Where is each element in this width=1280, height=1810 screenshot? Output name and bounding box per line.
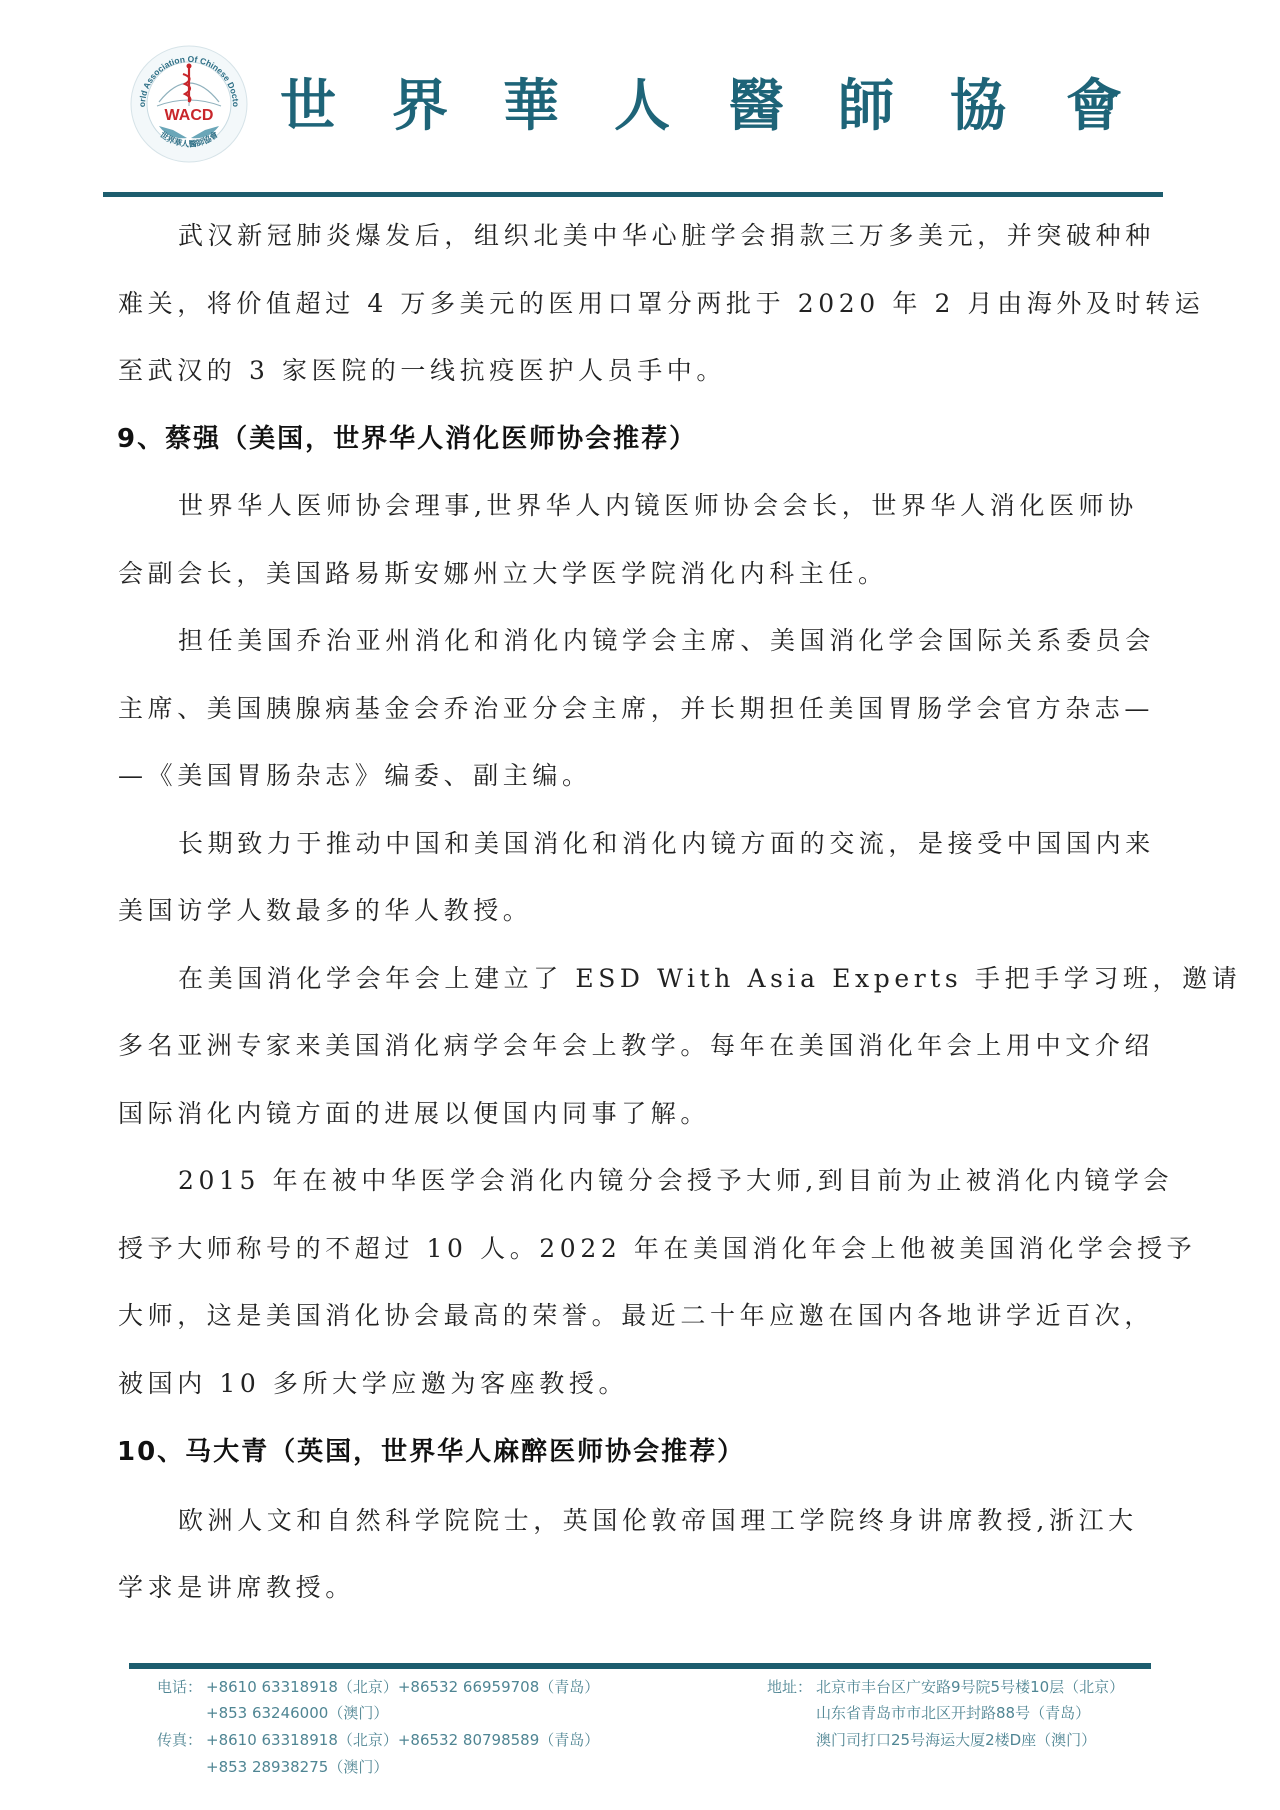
paragraph-line: 学求是讲席教授。 xyxy=(118,1571,355,1605)
phone-label: 电话： xyxy=(157,1677,202,1697)
section-heading-9: 9、蔡强（美国，世界华人消化医师协会推荐） xyxy=(117,422,697,456)
paragraph-line: 在美国消化学会年会上建立了 ESD With Asia Experts 手把手学… xyxy=(178,962,1241,996)
wacd-logo-icon: WACD World Association Of Chinese Doctor… xyxy=(129,44,249,164)
paragraph-line: 国际消化内镜方面的进展以便国内同事了解。 xyxy=(118,1097,710,1131)
title-char: 界 xyxy=(392,74,448,140)
paragraph-line: 授予大师称号的不超过 10 人。2022 年在美国消化年会上他被美国消化学会授予 xyxy=(118,1232,1196,1266)
paragraph-line: 被国内 10 多所大学应邀为客座教授。 xyxy=(118,1367,628,1401)
paragraph-line: 难关，将价值超过 4 万多美元的医用口罩分两批于 2020 年 2 月由海外及时… xyxy=(118,287,1204,321)
paragraph-line: 担任美国乔治亚州消化和消化内镜学会主席、美国消化学会国际关系委员会 xyxy=(178,624,1155,658)
phone-numbers: +853 63246000（澳门） xyxy=(206,1703,388,1723)
paragraph-line: 主席、美国胰腺病基金会乔治亚分会主席，并长期担任美国胃肠学会官方杂志— xyxy=(118,692,1154,726)
paragraph-line: 武汉新冠肺炎爆发后，组织北美中华心脏学会捐款三万多美元，并突破种种 xyxy=(178,219,1155,253)
title-char: 會 xyxy=(1066,74,1122,140)
paragraph-line: 2015 年在被中华医学会消化内镜分会授予大师,到目前为止被消化内镜学会 xyxy=(178,1164,1173,1198)
title-char: 人 xyxy=(614,74,670,140)
title-char: 華 xyxy=(503,74,559,140)
fax-label: 传真： xyxy=(157,1730,202,1750)
section-heading-10: 10、马大青（英国，世界华人麻醉医师协会推荐） xyxy=(117,1435,745,1469)
paragraph-line: 世界华人医师协会理事,世界华人内镜医师协会会长，世界华人消化医师协 xyxy=(178,489,1138,523)
footer-divider xyxy=(129,1663,1151,1669)
title-char: 協 xyxy=(950,74,1006,140)
address-line: 澳门司打口25号海运大厦2楼D座（澳门） xyxy=(816,1730,1096,1750)
paragraph-line: 大师，这是美国消化协会最高的荣誉。最近二十年应邀在国内各地讲学近百次， xyxy=(118,1299,1154,1333)
title-char: 師 xyxy=(838,74,894,140)
address-label: 地址： xyxy=(767,1677,812,1697)
svg-text:WACD: WACD xyxy=(165,107,214,124)
paragraph-line: —《美国胃肠杂志》编委、副主编。 xyxy=(118,759,592,793)
paragraph-line: 美国访学人数最多的华人教授。 xyxy=(118,894,532,928)
paragraph-line: 多名亚洲专家来美国消化病学会年会上教学。每年在美国消化年会上用中文介绍 xyxy=(118,1029,1154,1063)
paragraph-line: 至武汉的 3 家医院的一线抗疫医护人员手中。 xyxy=(118,354,726,388)
paragraph-line: 会副会长，美国路易斯安娜州立大学医学院消化内科主任。 xyxy=(118,557,888,591)
address-line: 山东省青岛市市北区开封路88号（青岛） xyxy=(816,1703,1090,1723)
paragraph-line: 长期致力于推动中国和美国消化和消化内镜方面的交流，是接受中国国内来 xyxy=(178,827,1155,861)
phone-numbers: +8610 63318918（北京）+86532 66959708（青岛） xyxy=(206,1677,599,1697)
address-line: 北京市丰台区广安路9号院5号楼10层（北京） xyxy=(816,1677,1124,1697)
paragraph-line: 欧洲人文和自然科学院院士，英国伦敦帝国理工学院终身讲席教授,浙江大 xyxy=(178,1504,1138,1538)
title-char: 世 xyxy=(280,74,336,140)
title-char: 醫 xyxy=(728,74,784,140)
fax-numbers: +853 28938275（澳门） xyxy=(206,1757,388,1777)
fax-numbers: +8610 63318918（北京）+86532 80798589（青岛） xyxy=(206,1730,599,1750)
header-divider xyxy=(103,192,1163,197)
